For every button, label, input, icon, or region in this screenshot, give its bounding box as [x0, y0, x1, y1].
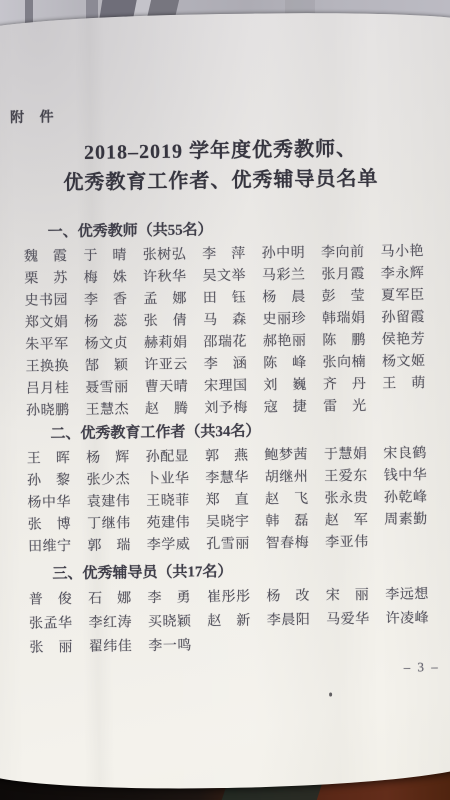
person-name: 胡继州 — [265, 467, 325, 490]
person-name: 周素勤 — [384, 509, 444, 532]
person-name: 杨 辉 — [86, 447, 146, 470]
section-heading: 三、优秀辅导员（共17名） — [52, 559, 444, 584]
person-name: 田 钰 — [203, 287, 263, 310]
person-name: 齐 丹 — [323, 374, 383, 397]
person-name: 翟纬佳 — [89, 635, 149, 660]
section-heading: 一、优秀教师（共55名） — [48, 217, 440, 242]
section: 二、优秀教育工作者（共34名）王 晖杨 辉孙配显郭 燕鲍梦茜于慧娟宋良鹤孙 黎张… — [26, 419, 444, 559]
person-name: 张少杰 — [86, 469, 146, 492]
person-name: 张孟华 — [29, 612, 89, 637]
person-name: 于 晴 — [83, 245, 143, 268]
person-name: 张树弘 — [143, 244, 203, 267]
person-name: 张向楠 — [322, 352, 382, 375]
person-name: 赵 飞 — [265, 489, 325, 512]
person-name: 张 倩 — [144, 310, 204, 333]
person-name: 买晓颖 — [148, 610, 208, 635]
name-row: 孙晓鹏王慧杰赵 腾刘予梅寇 捷雷 光 — [26, 395, 442, 423]
name-row: 张 丽翟纬佳李一鸣 — [29, 631, 445, 661]
person-name: 郭 燕 — [205, 445, 265, 468]
name-row: 田维宁郭 瑞李学威孔雪丽智春梅李亚伟 — [28, 531, 444, 559]
person-name: 栗 苏 — [24, 268, 84, 291]
person-name: 赫莉娟 — [144, 332, 204, 355]
ink-speck — [329, 693, 332, 697]
person-name: 李学威 — [147, 534, 207, 557]
person-name: 孙乾峰 — [384, 487, 444, 510]
person-name: 夏军臣 — [381, 285, 441, 308]
person-name: 彭 莹 — [322, 286, 382, 309]
person-name: 陈 峰 — [263, 353, 323, 376]
person-name: 李红涛 — [88, 611, 148, 636]
person-name: 赵 新 — [207, 609, 267, 634]
person-name: 聂雪丽 — [85, 377, 145, 400]
person-name: 王 萌 — [382, 373, 442, 396]
person-name: 马小艳 — [380, 241, 440, 264]
person-name: 张 丽 — [29, 636, 89, 661]
person-name: 孟 娜 — [143, 288, 203, 311]
person-name: 袁建伟 — [87, 491, 147, 514]
person-name: 刘 巍 — [263, 375, 323, 398]
person-name: 李 涵 — [204, 353, 264, 376]
person-name: 韩瑞娟 — [322, 308, 382, 331]
person-name: 寇 捷 — [264, 397, 324, 420]
person-name: 杨中华 — [27, 492, 87, 515]
attachment-label: 附 件 — [10, 101, 438, 127]
person-name: 马 森 — [203, 309, 263, 332]
person-name: 孙 黎 — [27, 470, 87, 493]
person-name: 陈 鹏 — [322, 330, 382, 353]
person-name: 李慧华 — [205, 467, 265, 490]
person-name: 宋理国 — [204, 375, 264, 398]
person-name: 马爱华 — [326, 608, 386, 633]
name-rows: 魏 霞于 晴张树弘李 萍孙中明李向前马小艳栗 苏梅 姝许秋华吴文举马彩兰张月霞李… — [24, 241, 442, 423]
person-name: 李晨阳 — [267, 609, 327, 634]
person-name: 李亚伟 — [325, 532, 385, 555]
person-name: 赵 军 — [325, 510, 385, 533]
paper-tilt-wrapper: 附 件 2018–2019 学年度优秀教师、 优秀教育工作者、优秀辅导员名单 一… — [0, 0, 450, 800]
person-name: 邵瑞花 — [203, 331, 263, 354]
person-name: 丁继伟 — [87, 513, 147, 536]
person-name: 许秋华 — [143, 266, 203, 289]
person-name: 普 俊 — [29, 588, 89, 613]
person-name: 杨文姬 — [382, 351, 442, 374]
person-name: 王晓菲 — [146, 490, 206, 513]
person-name: 宋 丽 — [326, 584, 386, 609]
person-name: 刘予梅 — [204, 397, 264, 420]
person-name: 杨 改 — [266, 585, 326, 610]
person-name: 崔彤彤 — [207, 585, 267, 610]
person-name: 田维宁 — [28, 536, 88, 559]
person-name: 于慧娟 — [324, 444, 384, 467]
person-name: 吴晓宇 — [206, 511, 266, 534]
person-name: 许凌峰 — [385, 607, 445, 632]
person-name: 魏 霞 — [24, 246, 84, 269]
document-title: 2018–2019 学年度优秀教师、 优秀教育工作者、优秀辅导员名单 — [12, 133, 429, 199]
person-name: 许亚云 — [144, 354, 204, 377]
document-content: 附 件 2018–2019 学年度优秀教师、 优秀教育工作者、优秀辅导员名单 一… — [20, 0, 445, 681]
person-name: 石 娜 — [88, 587, 148, 612]
person-name: 吴文举 — [202, 265, 262, 288]
person-name: 雷 光 — [323, 396, 383, 419]
person-name: 卜业华 — [146, 468, 206, 491]
person-name: 杨 晨 — [262, 287, 322, 310]
title-line-2: 优秀教育工作者、优秀辅导员名单 — [13, 163, 429, 199]
person-name: 李向前 — [321, 242, 381, 265]
person-name: 孙配显 — [145, 446, 205, 469]
person-name: 史书园 — [24, 290, 84, 313]
name-rows: 普 俊石 娜李 勇崔彤彤杨 改宋 丽李远想张孟华李红涛买晓颖赵 新李晨阳马爱华许… — [29, 583, 446, 661]
person-name: 侯艳芳 — [382, 329, 442, 352]
person-name: 王爱东 — [324, 466, 384, 489]
person-name: 宋良鹤 — [383, 443, 443, 466]
person-name: 杨文贞 — [84, 333, 144, 356]
person-name: 王慧杰 — [85, 399, 145, 422]
person-name: 史丽珍 — [262, 309, 322, 332]
person-name: 张月霞 — [321, 264, 381, 287]
person-name: 郝艳丽 — [263, 331, 323, 354]
name-rows: 王 晖杨 辉孙配显郭 燕鲍梦茜于慧娟宋良鹤孙 黎张少杰卜业华李慧华胡继州王爱东钱… — [27, 443, 444, 559]
person-name: 李 勇 — [147, 586, 207, 611]
person-name: 郑文娟 — [25, 312, 85, 335]
person-name: 孙留霞 — [381, 307, 441, 330]
person-name: 曹天晴 — [145, 376, 205, 399]
person-name: 李永辉 — [381, 263, 441, 286]
sections: 一、优秀教师（共55名）魏 霞于 晴张树弘李 萍孙中明李向前马小艳栗 苏梅 姝许… — [24, 217, 446, 661]
person-name: 马彩兰 — [262, 265, 322, 288]
person-name: 王 晖 — [27, 448, 87, 471]
person-name: 李远想 — [385, 583, 445, 608]
person-name: 朱平军 — [25, 334, 85, 357]
person-name: 钱中华 — [383, 465, 443, 488]
person-name: 杨 蕊 — [84, 311, 144, 334]
person-name: 李 香 — [84, 289, 144, 312]
person-name: 智春梅 — [266, 533, 326, 556]
person-name: 郭 瑞 — [87, 535, 147, 558]
person-name: 郜 颖 — [85, 355, 145, 378]
person-name: 孙中明 — [262, 243, 322, 266]
person-name: 吕月桂 — [26, 378, 86, 401]
person-name: 孙晓鹏 — [26, 400, 86, 423]
person-name: 王换换 — [25, 356, 85, 379]
section: 一、优秀教师（共55名）魏 霞于 晴张树弘李 萍孙中明李向前马小艳栗 苏梅 姝许… — [24, 217, 443, 423]
person-name: 孔雪丽 — [206, 533, 266, 556]
person-name: 郑 直 — [206, 489, 266, 512]
person-name: 苑建伟 — [146, 512, 206, 535]
section: 三、优秀辅导员（共17名）普 俊石 娜李 勇崔彤彤杨 改宋 丽李远想张孟华李红涛… — [28, 559, 445, 661]
person-name: 梅 姝 — [84, 267, 144, 290]
person-name: 赵 腾 — [145, 398, 205, 421]
person-name: 鲍梦茜 — [264, 445, 324, 468]
photo-of-document: { "doc": { "attachment_label": "附 件", "t… — [0, 0, 450, 800]
person-name: 张 博 — [28, 514, 88, 537]
person-name: 韩 磊 — [265, 511, 325, 534]
person-name: 张永贵 — [324, 488, 384, 511]
person-name: 李 萍 — [202, 243, 262, 266]
section-heading: 二、优秀教育工作者（共34名） — [50, 419, 442, 444]
person-name: 李一鸣 — [148, 634, 208, 659]
